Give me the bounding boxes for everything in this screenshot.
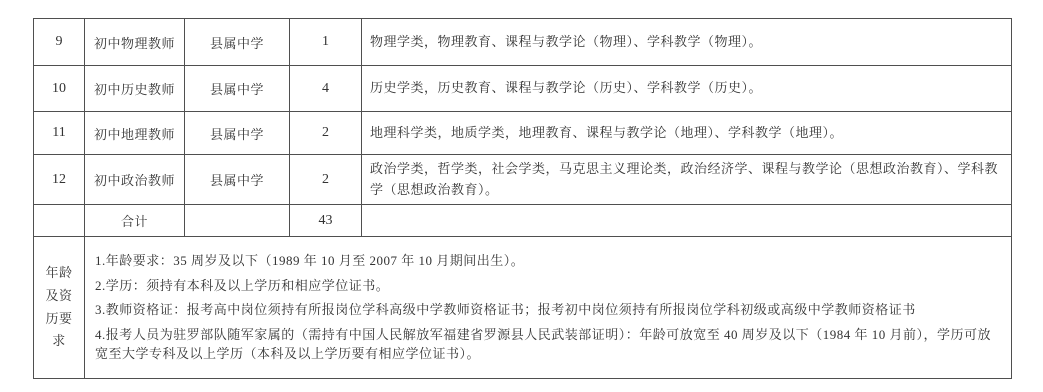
cell-count: 2 (290, 155, 362, 205)
requirement-item: 1.年龄要求：35 周岁及以下（1989 年 10 月至 2007 年 10 月… (95, 251, 999, 271)
table-row: 9 初中物理教师 县属中学 1 物理学类，物理教育、课程与教学论（物理）、学科教… (34, 19, 1012, 66)
cell-empty (34, 205, 85, 237)
table-row: 11 初中地理教师 县属中学 2 地理科学类，地质学类，地理教育、课程与教学论（… (34, 112, 1012, 155)
cell-row-number: 11 (34, 112, 85, 155)
table-row: 10 初中历史教师 县属中学 4 历史学类，历史教育、课程与教学论（历史）、学科… (34, 66, 1012, 112)
cell-count: 1 (290, 19, 362, 66)
cell-school: 县属中学 (185, 112, 290, 155)
cell-school: 县属中学 (185, 19, 290, 66)
cell-row-number: 9 (34, 19, 85, 66)
requirements-body: 1.年龄要求：35 周岁及以下（1989 年 10 月至 2007 年 10 月… (85, 237, 1012, 379)
requirement-item: 2.学历：须持有本科及以上学历和相应学位证书。 (95, 276, 999, 296)
cell-row-number: 10 (34, 66, 85, 112)
requirements-header-line: 历要 (36, 308, 82, 331)
requirements-header-line: 及资 (36, 285, 82, 308)
cell-position-name: 初中地理教师 (85, 112, 185, 155)
cell-majors: 地理科学类，地质学类，地理教育、课程与教学论（地理）、学科教学（地理）。 (362, 112, 1012, 155)
cell-count: 4 (290, 66, 362, 112)
cell-majors: 物理学类，物理教育、课程与教学论（物理）、学科教学（物理）。 (362, 19, 1012, 66)
cell-majors: 历史学类，历史教育、课程与教学论（历史）、学科教学（历史）。 (362, 66, 1012, 112)
requirements-header-line: 求 (36, 330, 82, 353)
cell-school: 县属中学 (185, 155, 290, 205)
cell-school: 县属中学 (185, 66, 290, 112)
cell-empty (185, 205, 290, 237)
cell-position-name: 初中政治教师 (85, 155, 185, 205)
cell-count: 2 (290, 112, 362, 155)
requirements-header-line: 年龄 (36, 262, 82, 285)
cell-majors: 政治学类，哲学类，社会学类，马克思主义理论类，政治经济学、课程与教学论（思想政治… (362, 155, 1012, 205)
requirement-item: 4.报考人员为驻罗部队随军家属的（需持有中国人民解放军福建省罗源县人民武装部证明… (95, 325, 999, 364)
recruitment-document-page: 9 初中物理教师 县属中学 1 物理学类，物理教育、课程与教学论（物理）、学科教… (0, 0, 1043, 392)
requirements-header: 年龄 及资 历要 求 (34, 237, 85, 379)
positions-table: 9 初中物理教师 县属中学 1 物理学类，物理教育、课程与教学论（物理）、学科教… (33, 18, 1012, 379)
cell-empty (362, 205, 1012, 237)
total-row: 合计 43 (34, 205, 1012, 237)
total-label: 合计 (85, 205, 185, 237)
cell-position-name: 初中物理教师 (85, 19, 185, 66)
cell-row-number: 12 (34, 155, 85, 205)
table-row: 12 初中政治教师 县属中学 2 政治学类，哲学类，社会学类，马克思主义理论类，… (34, 155, 1012, 205)
requirements-row: 年龄 及资 历要 求 1.年龄要求：35 周岁及以下（1989 年 10 月至 … (34, 237, 1012, 379)
cell-position-name: 初中历史教师 (85, 66, 185, 112)
requirement-item: 3.教师资格证：报考高中岗位须持有所报岗位学科高级中学教师资格证书；报考初中岗位… (95, 300, 999, 320)
total-count: 43 (290, 205, 362, 237)
